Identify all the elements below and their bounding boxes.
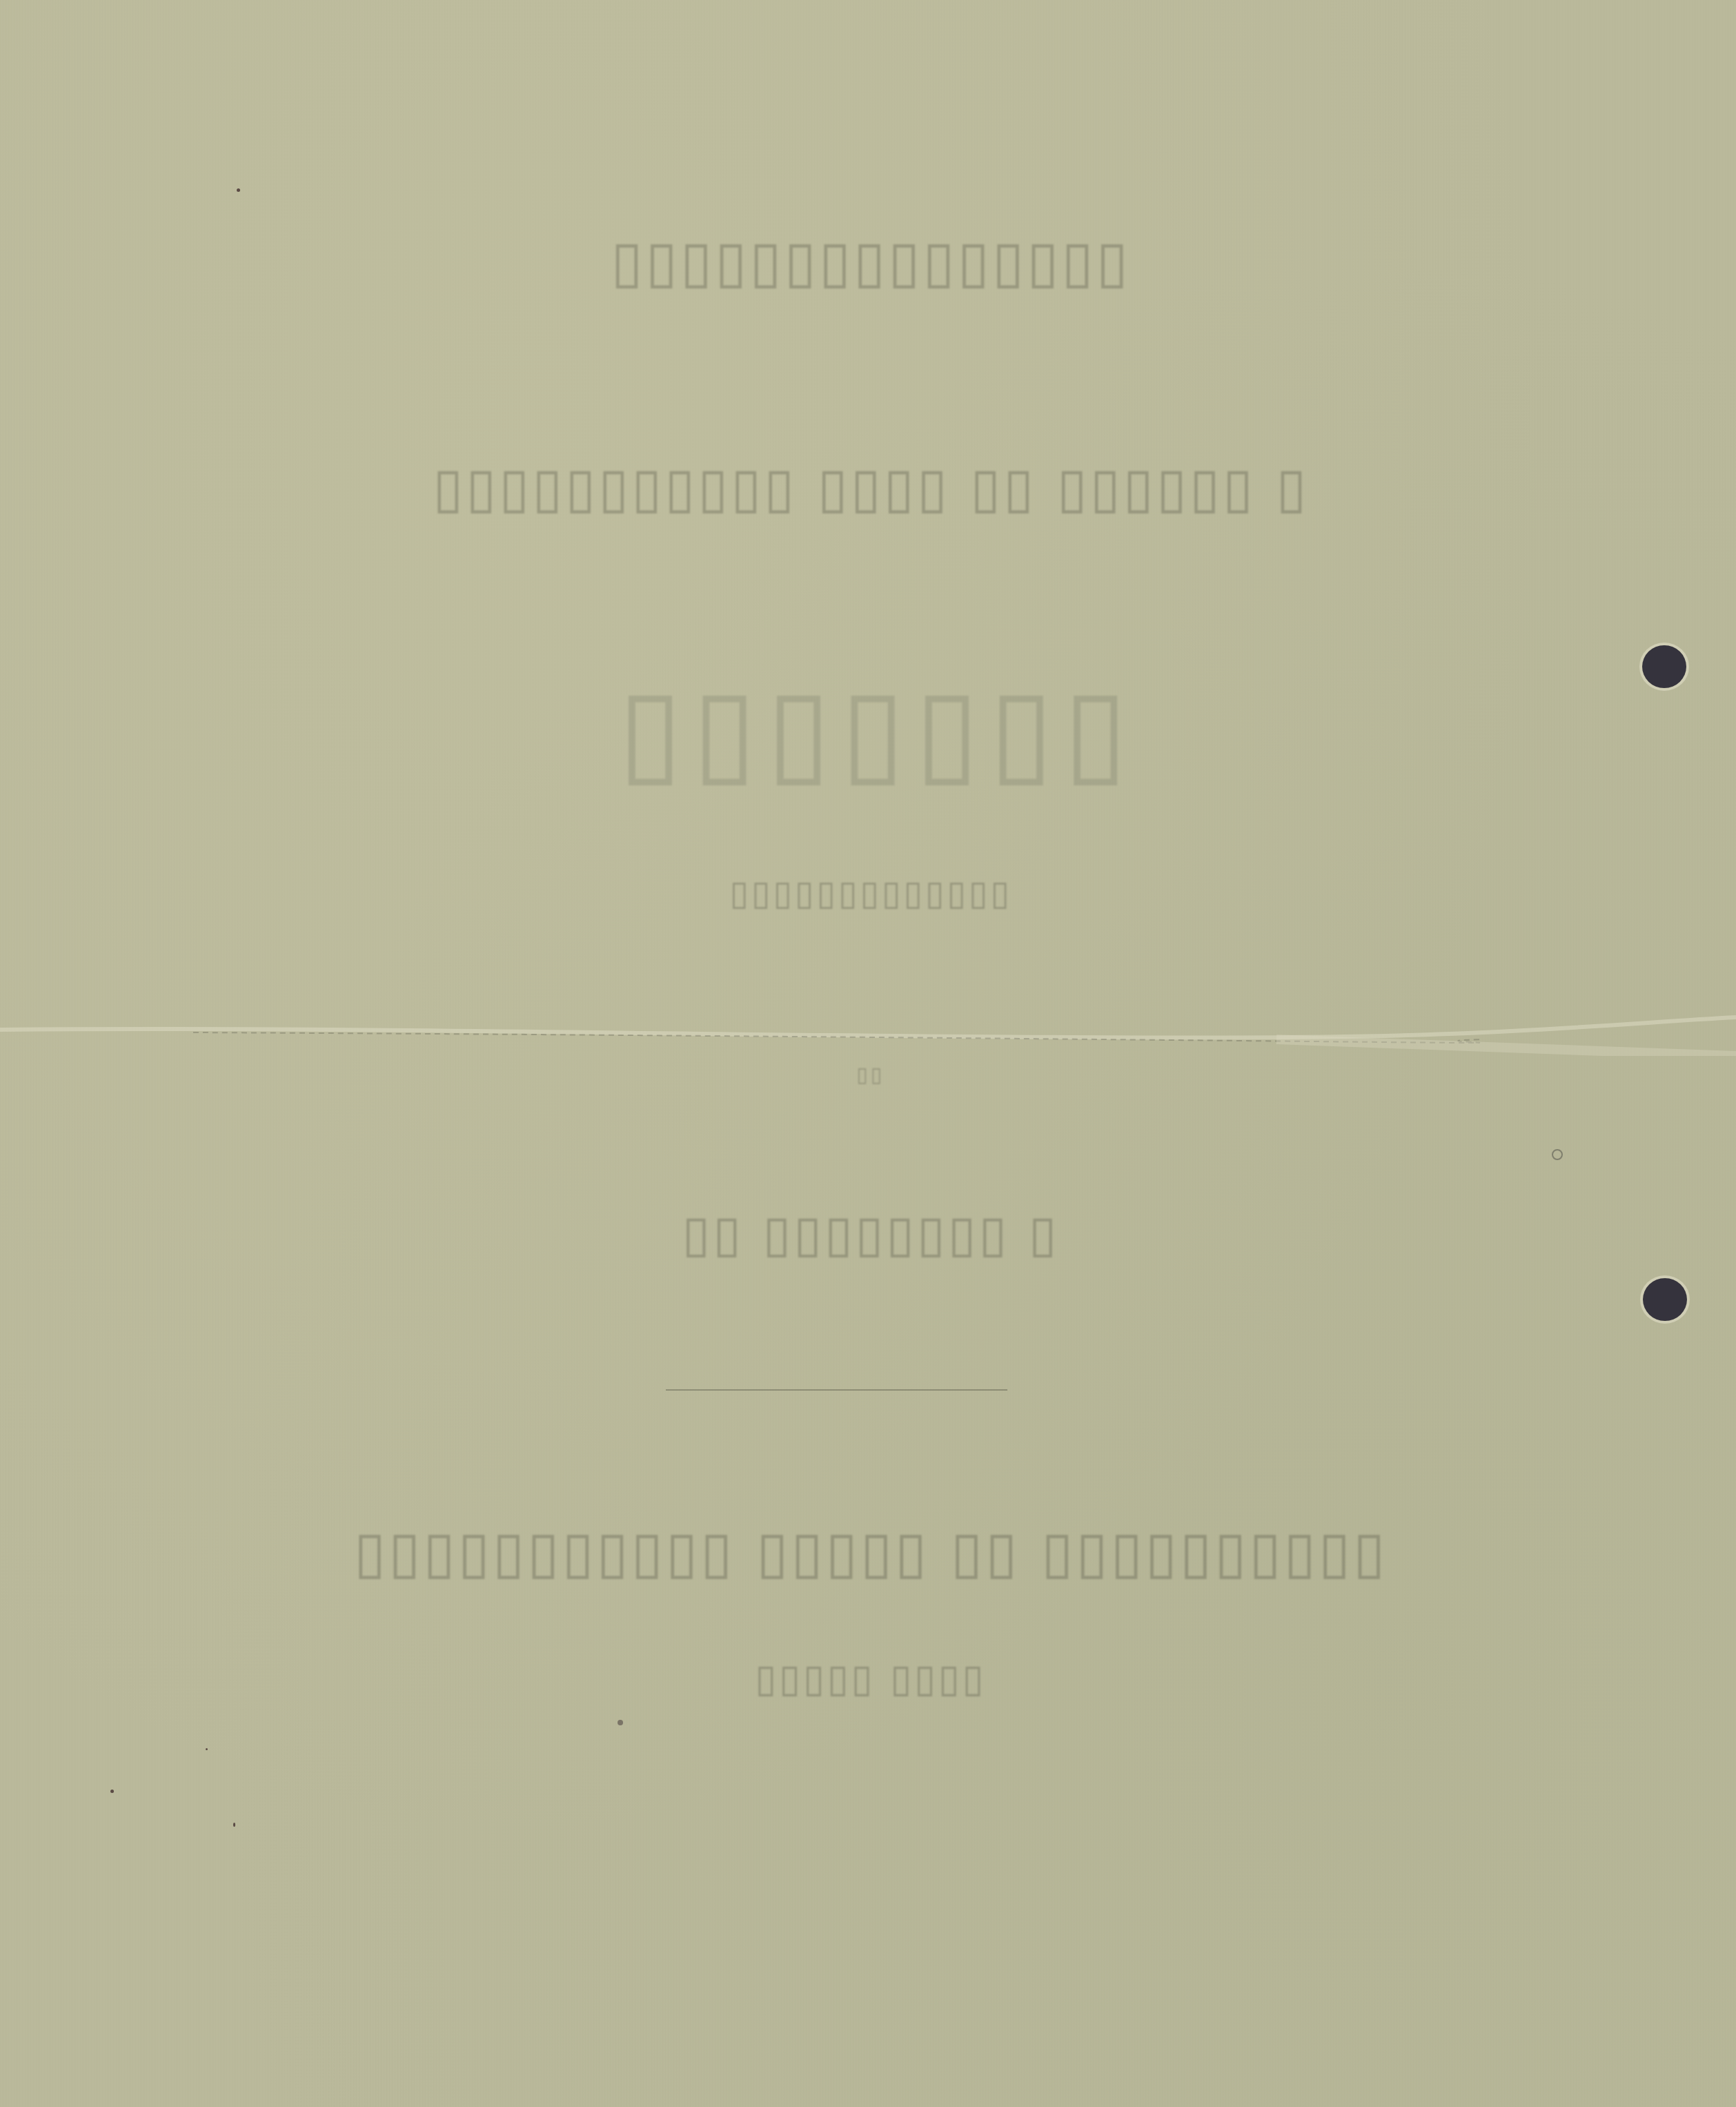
speck <box>237 188 240 192</box>
bleed-through-line-6: ▯▯▯▯▯▯▯▯▯▯ ▯▯ ▯▯▯▯▯ ▯▯▯▯▯▯▯▯▯▯▯ <box>0 1518 1736 1586</box>
fold-crease <box>0 1015 1736 1056</box>
bleed-through-rule <box>666 1389 1007 1391</box>
document-page: ▯▯▯▯▯▯▯▯▯▯▯▯▯▯▯ ▯ ▯▯▯▯▯▯ ▯▯ ▯▯▯▯ ▯▯▯▯▯▯▯… <box>0 0 1736 2107</box>
bleed-through-line-7: ▯▯▯▯ ▯▯▯▯▯ <box>0 1656 1736 1701</box>
punch-hole-bottom <box>1643 1278 1687 1321</box>
speck <box>1552 1149 1563 1160</box>
speck <box>206 1748 208 1750</box>
speck <box>110 1790 114 1793</box>
bleed-through-line-1: ▯▯▯▯▯▯▯▯▯▯▯▯▯▯▯ <box>0 228 1736 295</box>
speck <box>233 1823 235 1827</box>
bleed-through-line-4: ▯▯ <box>0 1063 1736 1087</box>
bleed-through-line-2: ▯ ▯▯▯▯▯▯ ▯▯ ▯▯▯▯ ▯▯▯▯▯▯▯▯▯▯▯ <box>0 455 1736 520</box>
bleed-through-line-3: ▯▯▯▯▯▯▯▯▯▯▯▯▯ <box>0 873 1736 913</box>
speck <box>618 1720 623 1725</box>
bleed-through-heading: ▯▯▯▯▯▯▯ <box>0 663 1736 799</box>
bleed-through-line-5: ▯ ▯▯▯▯▯▯▯▯ ▯▯ <box>0 1204 1736 1264</box>
punch-hole-top <box>1642 645 1686 688</box>
